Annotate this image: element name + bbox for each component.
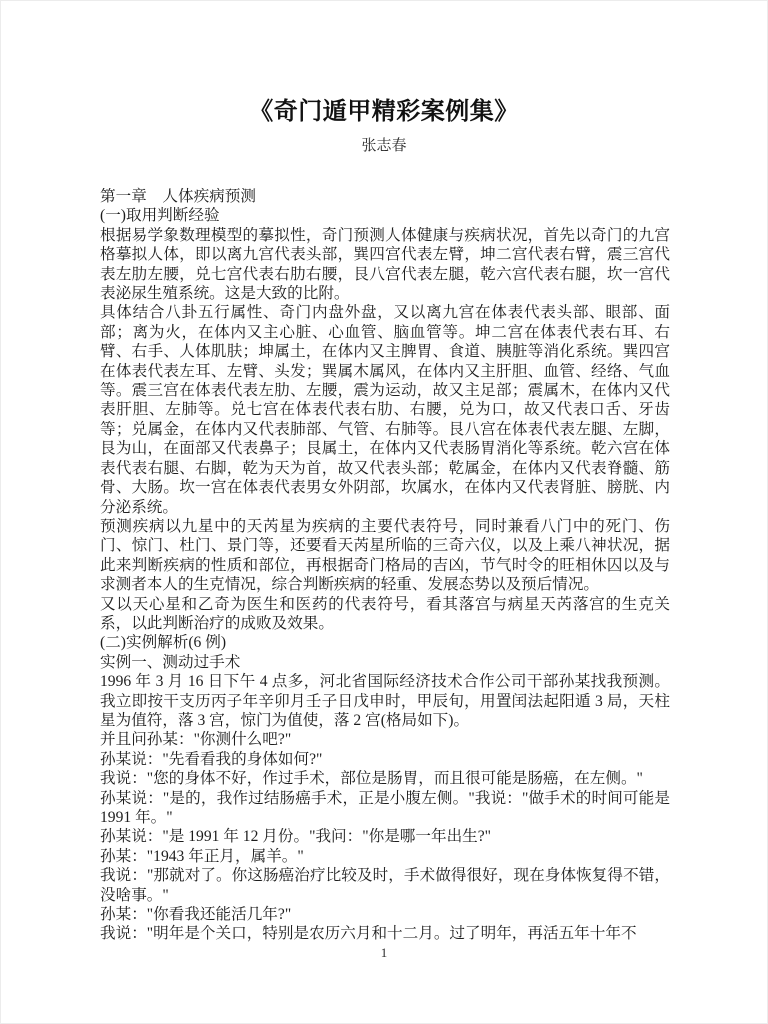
dialogue: 孙某说："先看看我的身体如何?" <box>100 750 670 769</box>
section-heading: (二)实例解析(6 例) <box>100 633 670 652</box>
section-heading: (一)取用判断经验 <box>100 206 670 225</box>
paragraph: 又以天心星和乙奇为医生和医药的代表符号，看其落宫与病星天芮落宫的生克关系，以此判… <box>100 595 670 634</box>
dialogue: 并且问孙某："你测什么吧?" <box>100 730 670 749</box>
chapter-heading: 第一章 人体疾病预测 <box>100 187 670 206</box>
dialogue: 我说："那就对了。你这肠癌治疗比较及时，手术做得很好，现在身体恢复得不错，没啥事… <box>100 866 670 905</box>
document-body: 第一章 人体疾病预测(一)取用判断经验根据易学象数理模型的摹拟性，奇门预测人体健… <box>100 187 670 944</box>
paragraph: 具体结合八卦五行属性、奇门内盘外盘，又以离九宫在体表代表头部、眼部、面部；离为火… <box>100 303 670 516</box>
dialogue: 孙某："你看我还能活几年?" <box>100 905 670 924</box>
dialogue: 我说："明年是个关口，特别是农历六月和十二月。过了明年，再活五年十年不 <box>100 924 670 943</box>
dialogue: 孙某说："是 1991 年 12 月份。"我问："你是哪一年出生?" <box>100 827 670 846</box>
document-author: 张志春 <box>1 134 767 155</box>
case-heading: 实例一、测动过手术 <box>100 653 670 672</box>
paragraph: 1996 年 3 月 16 日下午 4 点多，河北省国际经济技术合作公司干部孙某… <box>100 672 670 730</box>
document-title: 《奇门遁甲精彩案例集》 <box>1 91 767 126</box>
dialogue: 我说："您的身体不好，作过手术，部位是肠胃，而且很可能是肠癌，在左侧。" <box>100 769 670 788</box>
document-page: 《奇门遁甲精彩案例集》 张志春 第一章 人体疾病预测(一)取用判断经验根据易学象… <box>0 0 768 1024</box>
paragraph: 根据易学象数理模型的摹拟性，奇门预测人体健康与疾病状况，首先以奇门的九宫格摹拟人… <box>100 226 670 304</box>
dialogue: 孙某说："是的，我作过结肠癌手术，正是小腹左侧。"我说："做手术的时间可能是 1… <box>100 789 670 828</box>
dialogue: 孙某："1943 年正月，属羊。" <box>100 847 670 866</box>
page-number: 1 <box>1 945 767 961</box>
paragraph: 预测疾病以九星中的天芮星为疾病的主要代表符号，同时兼看八门中的死门、伤门、惊门、… <box>100 517 670 595</box>
